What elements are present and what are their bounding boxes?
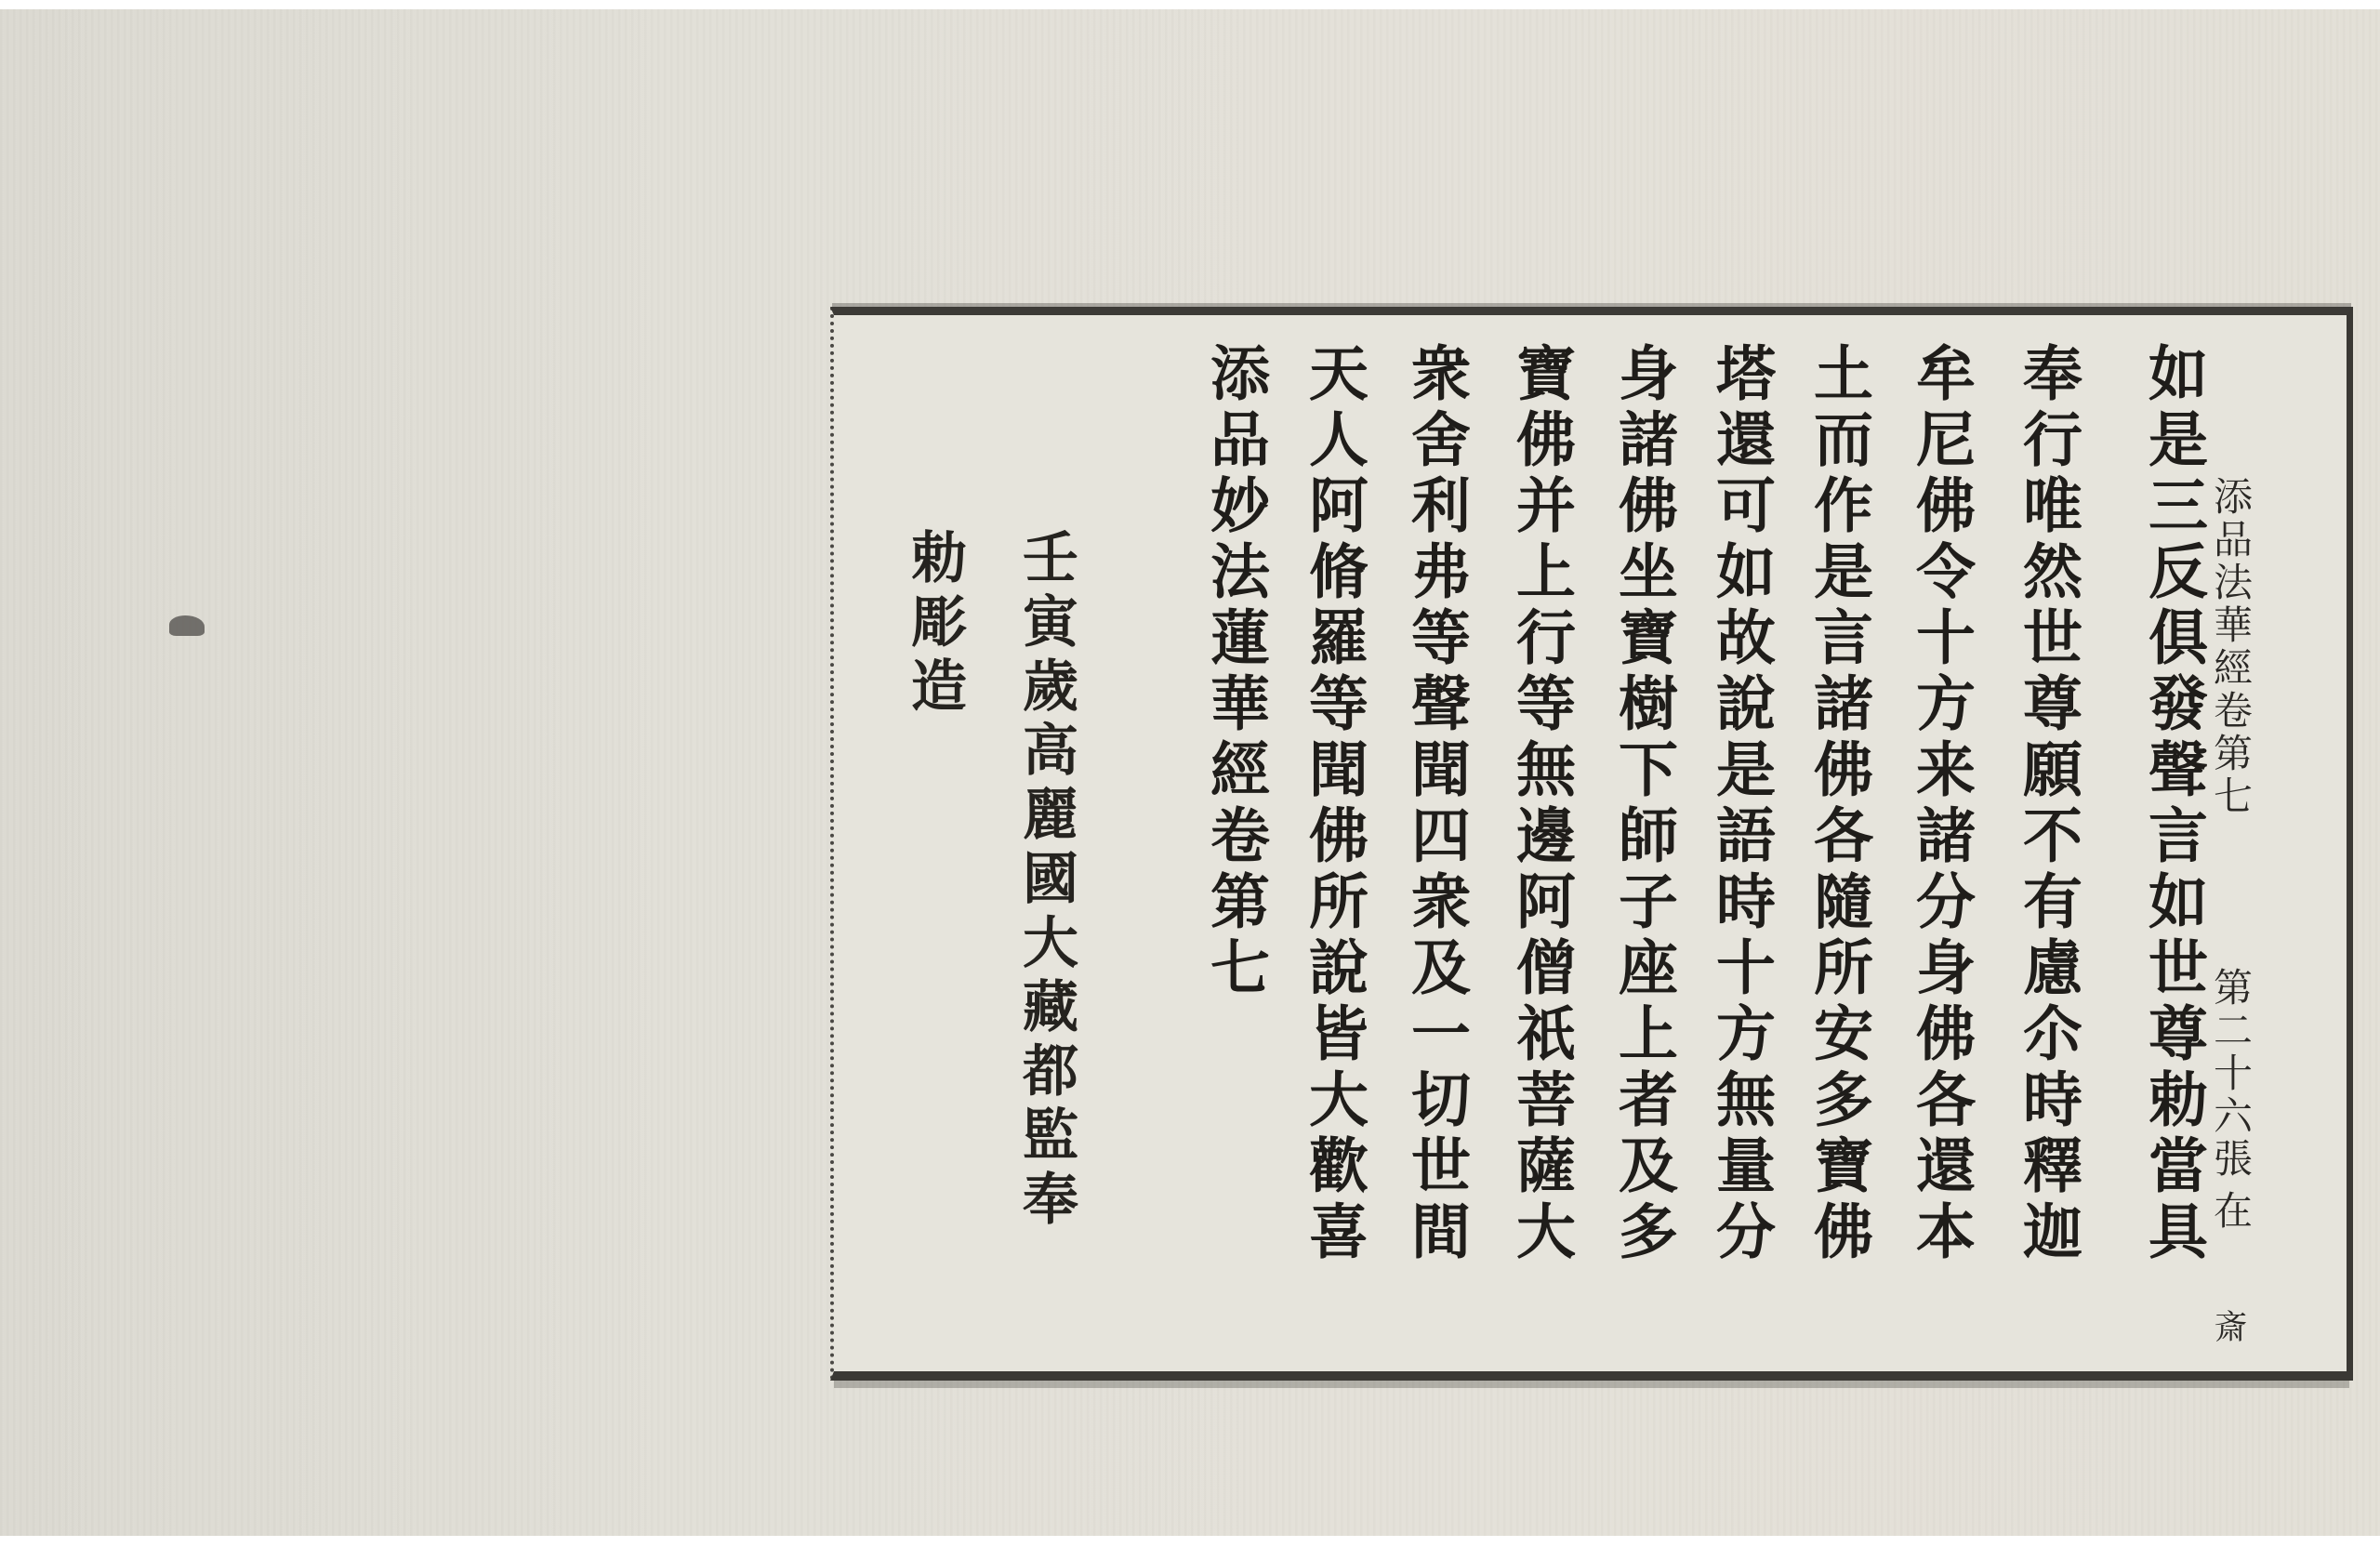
text-column-6: 身諸佛坐寶樹下師子座上者及多 (1613, 342, 1673, 1266)
text-column-9: 天人阿脩羅等聞佛所說皆大歡喜 (1303, 342, 1363, 1266)
text-column-8: 衆舍利弗等聲聞四衆及一切世間 (1406, 342, 1465, 1266)
text-column-5: 塔還可如故說是語時十方無量分 (1711, 342, 1770, 1266)
text-column-4: 土而作是言諸佛各隨所安多寶佛 (1808, 342, 1868, 1266)
text-column-10-title: 添品妙法蓮華經卷第七 (1205, 342, 1264, 1002)
carver-mark: 斎 (2211, 1309, 2244, 1346)
margin-note-page: 第二十六張 (2211, 967, 2250, 1181)
text-column-7: 寶佛并上行等無邊阿僧祇菩薩大 (1511, 342, 1570, 1266)
margin-note-marker: 在 (2211, 1190, 2250, 1233)
text-column-3: 牟尼佛令十方来諸分身佛各還本 (1911, 342, 1970, 1266)
text-column-1: 如是三反俱發聲言如世尊勅當具 (2143, 342, 2202, 1266)
text-column-2: 奉行唯然世尊願不有慮尒時釋迦 (2017, 342, 2077, 1266)
margin-note-title: 添品法華經卷第七 (2211, 476, 2250, 818)
colophon-line-1: 壬寅歲高麗國大藏都監奉 (1018, 528, 1074, 1234)
colophon-line-2: 勅彫造 (906, 528, 962, 721)
ink-blot (169, 615, 205, 636)
